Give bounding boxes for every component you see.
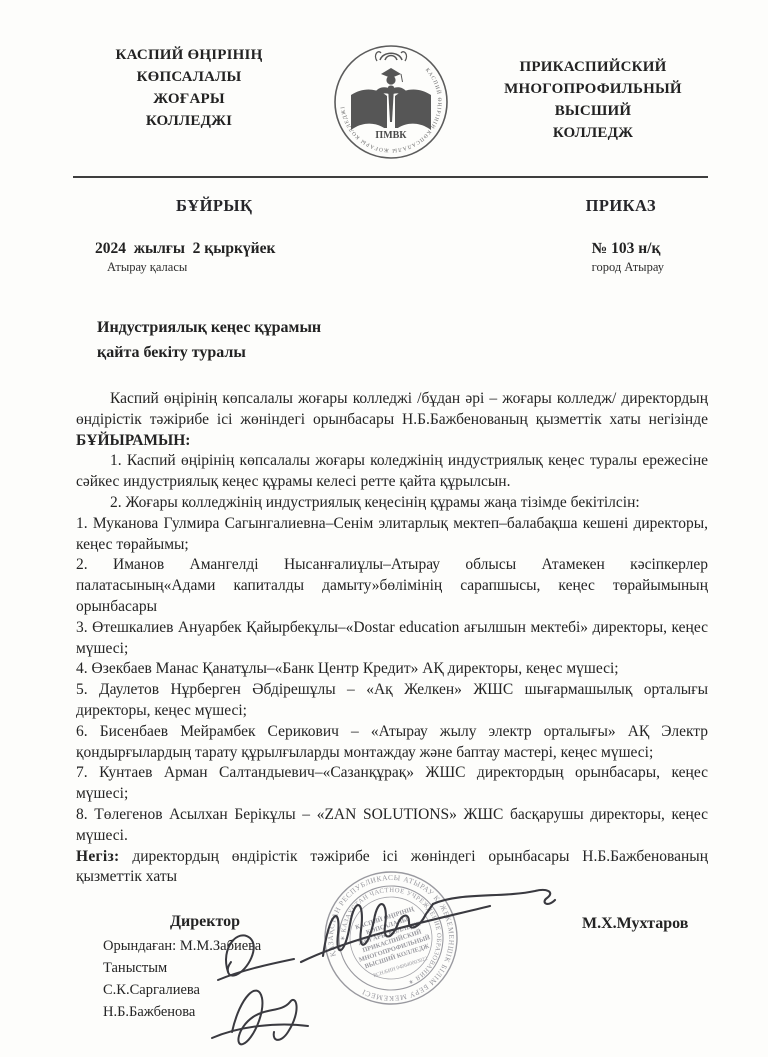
- order-titles: БҰЙРЫҚ ПРИКАЗ: [0, 178, 768, 216]
- order-city-russian: город Атырау: [592, 260, 664, 275]
- order-body: Каспий өңірінің көпсалалы жоғары колледж…: [0, 365, 768, 888]
- intro-text: Каспий өңірінің көпсалалы жоғары колледж…: [76, 390, 708, 428]
- order-title-kazakh: БҰЙРЫҚ: [176, 196, 252, 216]
- acquainted-signatures: [198, 914, 323, 1049]
- council-member-5: 5. Даулетов Нұрберген Әбдірешұлы – «Ақ Ж…: [76, 680, 708, 722]
- logo-abbr: ПМВК: [375, 130, 407, 141]
- order-title-russian: ПРИКАЗ: [586, 196, 656, 216]
- acquainted-person-1: С.К.Саргалиева: [103, 982, 200, 999]
- clause-1: 1. Каспий өңірінің көпсалалы жоғары коле…: [76, 451, 708, 493]
- council-member-7: 7. Кунтаев Арман Салтандыевич–«Сазанқұра…: [76, 763, 708, 805]
- order-verb: БҰЙЫРАМЫН:: [76, 432, 190, 449]
- org-name-russian: ПРИКАСПИЙСКИЙ МНОГОПРОФИЛЬНЫЙ ВЫСШИЙ КОЛ…: [484, 44, 702, 144]
- acquainted-label: Таныстым: [103, 960, 167, 977]
- intro-paragraph: Каспий өңірінің көпсалалы жоғары колледж…: [76, 389, 708, 451]
- council-member-4: 4. Өзекбаев Манас Қанатұлы–«Банк Центр К…: [76, 659, 708, 680]
- council-member-8: 8. Төлегенов Асылхан Берікұлы – «ZAN SOL…: [76, 805, 708, 847]
- order-city-kazakh: Атырау қаласы: [95, 260, 275, 275]
- clause-2: 2. Жоғары колледжінің индустриялық кеңес…: [76, 493, 708, 514]
- council-member-1: 1. Муканова Гулмира Сагынгалиевна–Сенім …: [76, 514, 708, 556]
- order-subject: Индустриялық кеңес құрамын қайта бекіту …: [97, 315, 708, 365]
- order-meta: 2024 жылғы 2 қыркүйек Атырау қаласы № 10…: [0, 216, 768, 275]
- order-date-block: 2024 жылғы 2 қыркүйек Атырау қаласы: [95, 240, 275, 275]
- org-name-kazakh: КАСПИЙ ӨҢІРІНІҢ КӨПСАЛАЛЫ ЖОҒАРЫ КОЛЛЕДЖ…: [80, 44, 298, 132]
- signature-block: Директор М.Х.Мухтаров Орындаған: М.М.Заб…: [0, 856, 768, 1056]
- order-number-block: № 103 н/қ город Атырау: [592, 240, 664, 275]
- council-member-2: 2. Иманов Амангелді Нысанғалиұлы–Атырау …: [76, 555, 708, 617]
- director-name: М.Х.Мухтаров: [582, 915, 688, 933]
- council-member-3: 3. Өтешкалиев Ануарбек Қайырбекұлы–«Dost…: [76, 618, 708, 660]
- acquainted-person-2: Н.Б.Бажбенова: [103, 1004, 195, 1021]
- order-number: № 103 н/қ: [592, 240, 664, 258]
- college-logo-emblem: КАСПИЙ ӨҢІРІНІҢ КӨПСАЛАЛЫ ЖОҒАРЫ КОЛЛЕДЖ…: [330, 38, 452, 166]
- council-member-6: 6. Бисенбаев Мейрамбек Серикович – «Атыр…: [76, 722, 708, 764]
- letterhead: КАСПИЙ ӨҢІРІНІҢ КӨПСАЛАЛЫ ЖОҒАРЫ КОЛЛЕДЖ…: [0, 0, 768, 166]
- director-signature: [295, 864, 585, 989]
- scanned-order-document: КАСПИЙ ӨҢІРІНІҢ КӨПСАЛАЛЫ ЖОҒАРЫ КОЛЛЕДЖ…: [0, 0, 768, 1057]
- college-logo: КАСПИЙ ӨҢІРІНІҢ КӨПСАЛАЛЫ ЖОҒАРЫ КОЛЛЕДЖ…: [330, 38, 452, 166]
- logo-ornament: [380, 53, 402, 60]
- order-date: 2024 жылғы 2 қыркүйек: [95, 240, 275, 258]
